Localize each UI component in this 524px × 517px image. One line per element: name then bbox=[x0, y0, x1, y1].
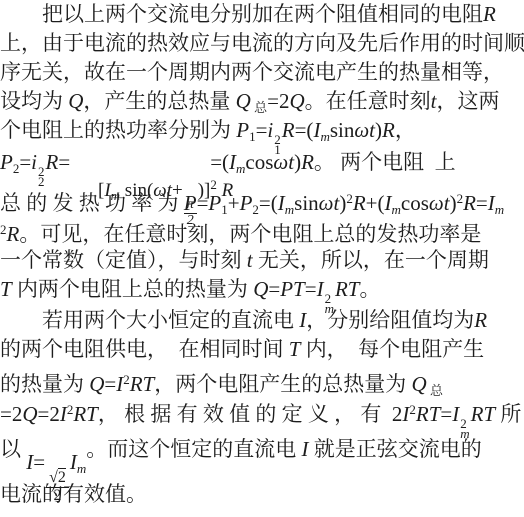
math-var: m bbox=[392, 202, 401, 217]
math-var: R bbox=[282, 118, 295, 142]
text-run: 电流的有效值。 bbox=[0, 482, 147, 506]
text-line-9: 一个常数（定值），与时刻 t 无关，所以，在一个周期 bbox=[0, 248, 489, 273]
floating-equation: [Im sin(ωt+π2)]2 R bbox=[98, 173, 233, 228]
math-var: I bbox=[488, 191, 495, 215]
math-var: P bbox=[236, 118, 249, 142]
text-run: 。 两个电阻 上 bbox=[314, 150, 456, 174]
text-run: =( bbox=[210, 150, 229, 174]
text-line-11: 若用两个大小恒定的直流电 I，分别给阻值均为R bbox=[42, 308, 487, 333]
text-run: 。可见，在任意时刻，两个电阻上总的发热功率是 bbox=[19, 222, 481, 246]
math-fraction: π2 bbox=[183, 198, 198, 228]
math-var: T bbox=[0, 277, 12, 301]
math-var: R bbox=[382, 118, 395, 142]
text-line-4: 设均为 Q，产生的总热量 Q 总=2Q。在任意时刻t，这两 bbox=[0, 89, 499, 120]
math-var: I bbox=[302, 437, 309, 461]
math-var: T bbox=[289, 337, 301, 361]
math-var: I bbox=[317, 277, 324, 301]
math-var: R bbox=[7, 222, 20, 246]
text-run: )] bbox=[198, 180, 211, 201]
text-run: + bbox=[172, 180, 183, 201]
text-line-1: 把以上两个交流电分别加在两个阻值相同的电阻R bbox=[42, 2, 496, 27]
text-run: sin bbox=[294, 191, 319, 215]
math-var: RT bbox=[73, 402, 98, 426]
text-run: = bbox=[104, 372, 116, 396]
math-var: RT bbox=[416, 402, 441, 426]
text-run: ) bbox=[450, 191, 457, 215]
text-run: 若用两个大小恒定的直流电 bbox=[42, 308, 299, 332]
text-run: 内， 每个电阻产生 bbox=[300, 337, 484, 361]
math-var: m bbox=[495, 202, 504, 217]
text-run: = bbox=[305, 277, 317, 301]
math-var: ωt bbox=[153, 180, 172, 201]
text-run: 把以上两个交流电分别加在两个阻值相同的电阻 bbox=[42, 2, 483, 26]
text-line-8: 2R。可见，在任意时刻，两个电阻上总的发热功率是 bbox=[0, 217, 481, 247]
math-var: Q bbox=[412, 372, 427, 396]
text-run: cos bbox=[401, 191, 429, 215]
math-var: I bbox=[278, 191, 285, 215]
text-run: 设均为 bbox=[0, 89, 68, 113]
math-var: R bbox=[353, 191, 366, 215]
text-line-2: 上，由于电流的热效应与电流的方向及先后作用的时间顺 bbox=[0, 31, 524, 56]
math-var: R bbox=[222, 180, 234, 201]
math-var: m bbox=[111, 188, 120, 203]
text-run: ， 根 据 有 效 值 的 定 义 ， 有 2 bbox=[98, 402, 403, 426]
text-run: 总 bbox=[427, 383, 443, 398]
text-run: 。而这个恒定的直流电 bbox=[86, 437, 301, 461]
text-run: = bbox=[58, 150, 70, 174]
text-run: ，这两 bbox=[436, 89, 499, 113]
text-run: 就是正弦交流电的 bbox=[309, 437, 482, 461]
math-var: I bbox=[229, 150, 236, 174]
text-run: =2 bbox=[38, 402, 60, 426]
text-run: 所 bbox=[495, 402, 521, 426]
math-var: Q bbox=[289, 89, 304, 113]
text-line-16: 电流的有效值。 bbox=[0, 482, 147, 507]
text-line-14: =2Q=2I2RT， 根 据 有 效 值 的 定 义 ， 有 2I2RT=I2m… bbox=[0, 397, 521, 439]
text-run: =( bbox=[295, 118, 314, 142]
math-var: ωt bbox=[429, 191, 450, 215]
math-var: P bbox=[240, 191, 253, 215]
math-var: R bbox=[46, 150, 59, 174]
text-line-3: 序无关，故在一个周期内两个交流电产生的热量相等， bbox=[0, 60, 504, 85]
text-run: 个电阻上的热功率分别为 bbox=[0, 118, 236, 142]
text-run: 上，由于电流的热效应与电流的方向及先后作用的时间顺 bbox=[0, 31, 524, 55]
text-run: 的两个电阻供电， 在相同时间 bbox=[0, 337, 289, 361]
text-run: 序无关，故在一个周期内两个交流电产生的热量相等， bbox=[0, 60, 504, 84]
math-var: R bbox=[483, 2, 496, 26]
math-var: R bbox=[463, 191, 476, 215]
math-var: ωt bbox=[354, 118, 375, 142]
text-run: = bbox=[268, 277, 280, 301]
math-var: I bbox=[385, 191, 392, 215]
math-var: ωt bbox=[273, 150, 294, 174]
text-run: 内两个电阻上总的热量为 bbox=[12, 277, 254, 301]
math-var: Q bbox=[68, 89, 83, 113]
math-var: Q bbox=[89, 372, 104, 396]
math-var: RT bbox=[335, 277, 360, 301]
text-run: 。在任意时刻 bbox=[305, 89, 431, 113]
text-run: ，产生的总热量 bbox=[83, 89, 235, 113]
math-var: P bbox=[0, 150, 13, 174]
text-run: sin( bbox=[120, 180, 153, 201]
text-run: ) bbox=[375, 118, 382, 142]
text-run: ，分别给阻值均为 bbox=[306, 308, 474, 332]
text-run: = bbox=[19, 150, 31, 174]
text-run: 总 bbox=[251, 100, 267, 115]
math-subsup: 2m bbox=[459, 419, 470, 439]
math-var: PT bbox=[280, 277, 305, 301]
text-run: 的热量为 bbox=[0, 372, 89, 396]
text-run: = bbox=[476, 191, 488, 215]
math-var: R bbox=[474, 308, 487, 332]
math-var: I bbox=[70, 450, 77, 474]
text-run: 一个常数（定值），与时刻 bbox=[0, 248, 247, 272]
math-var: R bbox=[301, 150, 314, 174]
math-var: m bbox=[285, 202, 294, 217]
fraction-denominator: 2 bbox=[184, 214, 197, 229]
math-var: Q bbox=[22, 402, 37, 426]
text-run: sin bbox=[330, 118, 355, 142]
text-line-12: 的两个电阻供电， 在相同时间 T 内， 每个电阻产生 bbox=[0, 337, 484, 362]
math-var: m bbox=[320, 129, 329, 144]
math-var: RT bbox=[471, 402, 496, 426]
document-page: 把以上两个交流电分别加在两个阻值相同的电阻R上，由于电流的热效应与电流的方向及先… bbox=[0, 0, 524, 517]
text-run: ，两个电阻产生的总热量为 bbox=[154, 372, 411, 396]
math-var: m bbox=[77, 461, 86, 476]
text-run: 无关，所以，在一个周期 bbox=[253, 248, 489, 272]
text-run: 。 bbox=[359, 277, 380, 301]
text-run: = bbox=[440, 402, 452, 426]
math-var: Q bbox=[253, 277, 268, 301]
text-run: +( bbox=[366, 191, 385, 215]
text-run: ， bbox=[395, 118, 416, 142]
text-run: cos bbox=[245, 150, 273, 174]
math-var: ωt bbox=[319, 191, 340, 215]
text-run: 以 bbox=[0, 437, 26, 461]
math-var: Q bbox=[236, 89, 251, 113]
math-var: RT bbox=[130, 372, 155, 396]
text-run: = bbox=[33, 450, 45, 474]
math-var: I bbox=[60, 402, 67, 426]
math-var: I bbox=[452, 402, 459, 426]
text-run: = bbox=[256, 118, 268, 142]
text-run: =2 bbox=[0, 402, 22, 426]
text-run: =( bbox=[259, 191, 278, 215]
text-run: =2 bbox=[267, 89, 289, 113]
math-subsup: 22 bbox=[37, 167, 46, 187]
fraction-numerator: π bbox=[184, 198, 197, 214]
math-var: m bbox=[236, 161, 245, 176]
